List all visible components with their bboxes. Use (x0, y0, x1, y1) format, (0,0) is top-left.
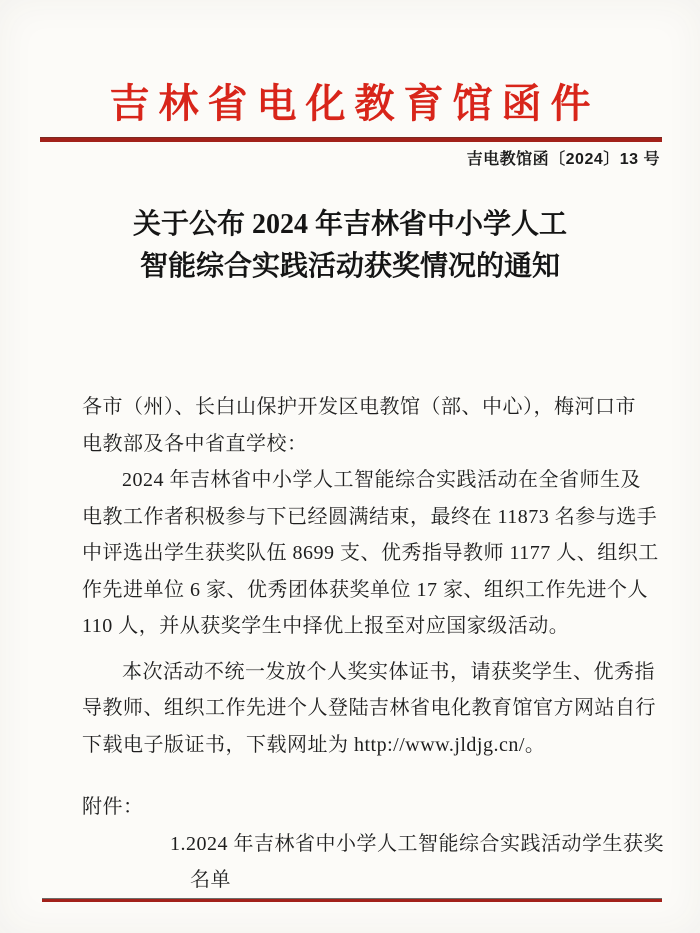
body-text: 各市（州）、长白山保护开发区电教馆（部、中心），梅河口市 电教部及各中省直学校：… (82, 389, 640, 899)
doc-number: 吉电教馆函〔2024〕13 号 (467, 146, 660, 169)
body-line: 下载电子版证书，下载网址为 http://www.jldjg.cn/。 (82, 727, 640, 764)
body-line: 电教工作者积极参与下已经圆满结束，最终在 11873 名参与选手 (82, 499, 640, 536)
body-line: 作先进单位 6 家、优秀团体获奖单位 17 家、组织工作先进个人 (82, 572, 640, 609)
letterhead-title: 吉林省电化教育馆函件 (0, 72, 700, 129)
salutation-line: 各市（州）、长白山保护开发区电教馆（部、中心），梅河口市 (82, 389, 640, 426)
subject-title-line2: 智能综合实践活动获奖情况的通知 (0, 246, 700, 288)
subject-title: 关于公布 2024 年吉林省中小学人工 智能综合实践活动获奖情况的通知 (0, 204, 700, 288)
footer-rule-red (42, 899, 662, 902)
letterhead-rule (40, 137, 662, 142)
body-line: 导教师、组织工作先进个人登陆吉林省电化教育馆官方网站自行 (82, 690, 640, 727)
attachment-item: 1.2024 年吉林省中小学人工智能综合实践活动学生获奖 (82, 826, 640, 863)
letterhead-rule-red (40, 138, 662, 142)
salutation-line: 电教部及各中省直学校： (82, 426, 640, 463)
attachments-label: 附件： (82, 789, 640, 826)
body-line: 110 人，并从获奖学生中择优上报至对应国家级活动。 (82, 608, 640, 645)
document-page: 吉林省电化教育馆函件 吉电教馆函〔2024〕13 号 关于公布 2024 年吉林… (0, 0, 700, 933)
body-line: 本次活动不统一发放个人奖实体证书，请获奖学生、优秀指 (82, 654, 640, 691)
footer-rule (42, 898, 662, 902)
attachment-item-continuation: 名单 (82, 862, 640, 899)
body-line: 2024 年吉林省中小学人工智能综合实践活动在全省师生及 (82, 462, 640, 499)
body-line: 中评选出学生获奖队伍 8699 支、优秀指导教师 1177 人、组织工 (82, 535, 640, 572)
subject-title-line1: 关于公布 2024 年吉林省中小学人工 (0, 204, 700, 246)
